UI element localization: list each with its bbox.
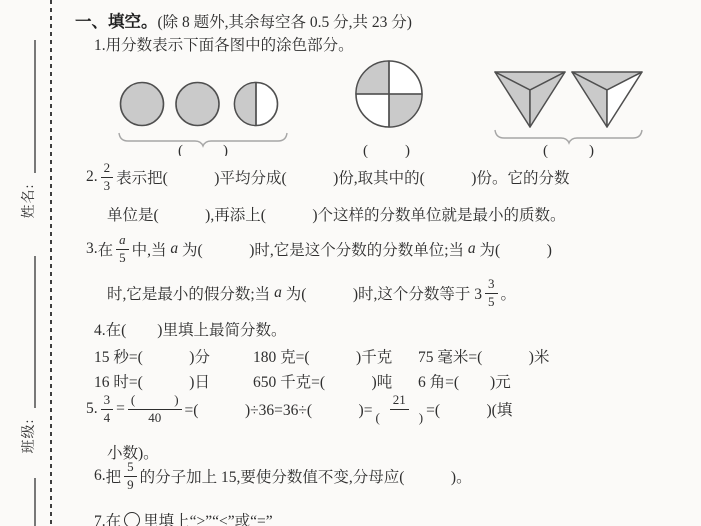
question-number: 3.: [86, 240, 98, 258]
q4-cell: 650 千克=( )吨: [253, 370, 392, 392]
shaded-circle-2: [176, 83, 219, 126]
question-6-line: 6.把59的分子加上 15,要使分数值不变,分母应( )。: [94, 458, 472, 494]
answer-paren-close: ): [405, 143, 410, 158]
answer-paren-close: ): [589, 143, 594, 158]
under-brace: [495, 130, 642, 143]
question-text: 表示把( )平均分成( )份,取其中的( )份。它的分数: [116, 166, 569, 188]
fraction-3-5: 35: [485, 277, 498, 310]
question-text: 里填上“>”“<”或“=”: [143, 509, 273, 526]
name-write-line: [34, 40, 36, 173]
answer-paren-open: (: [178, 143, 183, 156]
section-header: 一、填空。(除 8 题外,其余每空各 0.5 分,共 23 分): [75, 8, 412, 32]
section-title: 一、填空。: [75, 12, 158, 31]
figure-quadrant-circle: ( ): [345, 58, 435, 158]
question-number: 2.: [86, 168, 98, 186]
middle-write-line: [34, 256, 36, 408]
worksheet-page: 姓名: 班级: 一、填空。(除 8 题外,其余每空各 0.5 分,共 23 分)…: [0, 0, 701, 526]
question-text: =( )(填: [426, 398, 512, 420]
fraction-21-blank: 21( ): [375, 393, 423, 426]
under-brace: [119, 133, 287, 146]
answer-paren-open: (: [543, 143, 548, 158]
question-text: 把: [106, 465, 122, 487]
fraction-3-4: 34: [101, 393, 114, 426]
q4-cell: 16 时=( )日: [94, 370, 210, 392]
quadrant-shaded-bottomright: [389, 94, 422, 127]
question-number: 6.: [94, 467, 106, 485]
shaded-circle-1: [121, 83, 164, 126]
fraction-2-3: 23: [101, 161, 114, 194]
question-5-line-1: 5.34=( )40=( )÷36=36÷( )=21( )=( )(填: [86, 390, 512, 428]
question-text: 中,当: [132, 238, 171, 260]
name-label: 姓名:: [17, 178, 39, 224]
question-3-line-2: 时,它是最小的假分数;当 a 为( )时,这个分数等于 335。: [107, 276, 516, 310]
question-text: 为( )时,这个分数等于 3: [282, 282, 482, 304]
q4-cell: 75 毫米=( )米: [418, 345, 549, 367]
question-number: 5.: [86, 400, 98, 418]
question-text: =( )÷36=36÷( )=: [185, 398, 373, 420]
question-text: 7.在: [94, 509, 121, 526]
question-text: 为( ): [476, 238, 552, 260]
answer-paren-open: (: [363, 143, 368, 158]
q4-cell: 6 角=( )元: [418, 370, 511, 392]
equals: =: [116, 400, 125, 418]
quadrant-shaded-topleft: [356, 61, 389, 94]
variable-a: a: [274, 284, 282, 302]
question-3-line-1: 3.在a5中,当 a 为( )时,它是这个分数的分数单位;当 a 为( ): [86, 232, 552, 266]
variable-a: a: [170, 240, 178, 258]
question-text: 时,它是最小的假分数;当: [107, 282, 274, 304]
variable-a: a: [468, 240, 476, 258]
answer-paren-close: ): [223, 143, 228, 156]
question-2-line-2: 单位是( ),再添上( )个这样的分数单位就是最小的质数。: [107, 203, 566, 225]
question-text: 为( )时,它是这个分数的分数单位;当: [178, 238, 468, 260]
question-text: 。: [501, 282, 517, 304]
section-note: (除 8 题外,其余每空各 0.5 分,共 23 分): [158, 14, 412, 31]
fraction-a-5: a5: [116, 233, 129, 266]
question-7-line: 7.在里填上“>”“<”或“=”: [94, 508, 273, 526]
class-write-line: [34, 478, 36, 526]
q4-cell: 180 克=( )千克: [253, 345, 392, 367]
class-label: 班级:: [17, 413, 39, 459]
question-text: 的分子加上 15,要使分数值不变,分母应( )。: [140, 465, 472, 487]
figure-triangles: ( ): [487, 58, 657, 158]
question-1-text: 1.用分数表示下面各图中的涂色部分。: [94, 33, 354, 55]
fold-dashed-line: [50, 0, 52, 526]
q4-cell: 15 秒=( )分: [94, 345, 210, 367]
comparison-circle-icon: [124, 512, 140, 526]
figure-three-circles: ( ): [118, 80, 290, 156]
question-text: 在: [98, 238, 114, 260]
fraction-5-9: 59: [124, 460, 137, 493]
question-2-line-1: 2.23表示把( )平均分成( )份,取其中的( )份。它的分数: [86, 160, 569, 194]
question-4-lead: 4.在( )里填上最简分数。: [94, 318, 286, 340]
fraction-blank-40: ( )40: [128, 393, 182, 426]
